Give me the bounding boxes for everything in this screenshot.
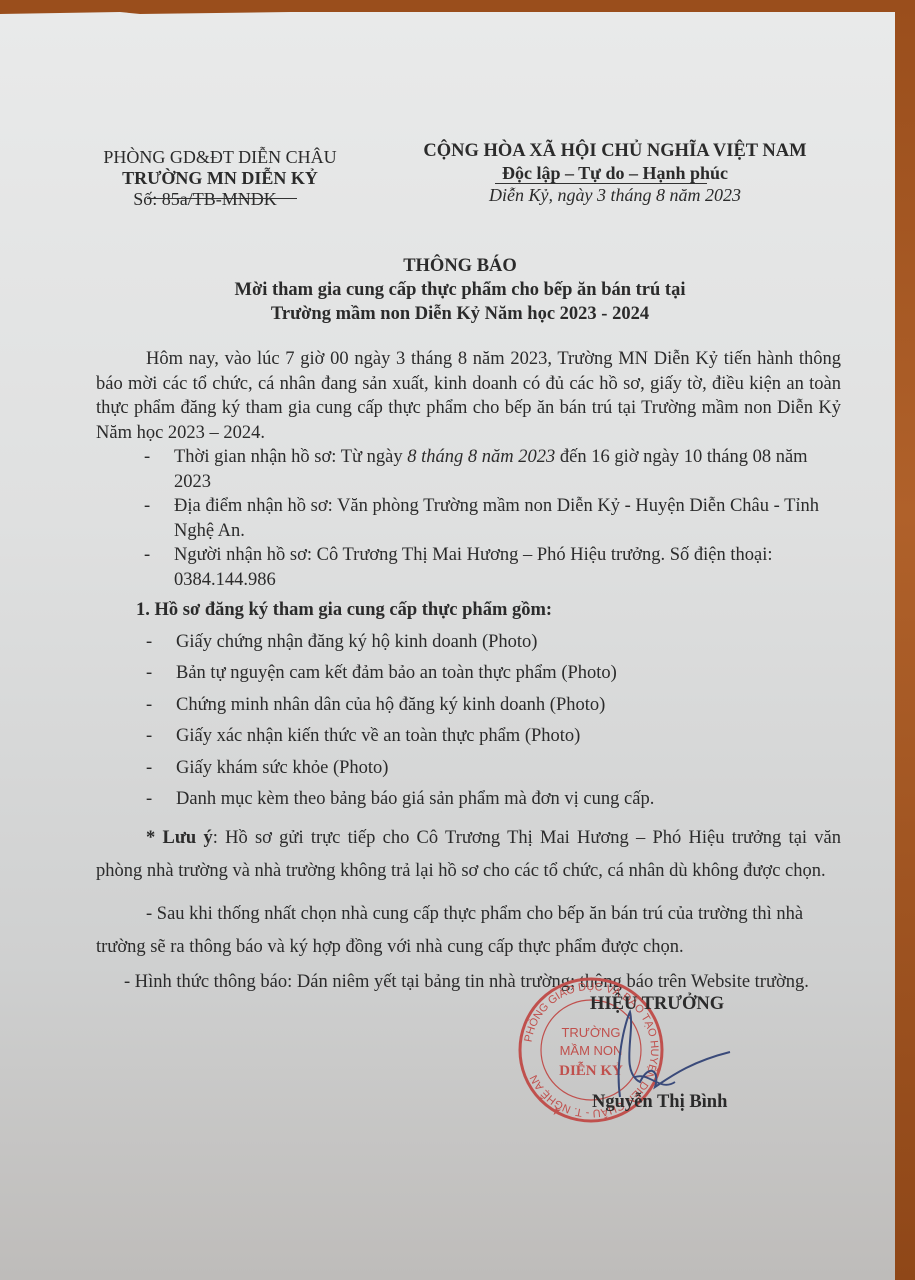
national-motto: Độc lập – Tự do – Hạnh phúc bbox=[395, 162, 835, 184]
motto-underline bbox=[495, 183, 707, 184]
header-left: PHÒNG GD&ĐT DIỄN CHÂU TRƯỜNG MN DIỄN KỶ … bbox=[85, 147, 355, 210]
list-item: -Danh mục kèm theo bảng báo giá sản phẩm… bbox=[96, 784, 841, 816]
school-name: TRƯỜNG MN DIỄN KỶ bbox=[85, 168, 355, 189]
title-line-2: Trường mầm non Diễn Kỷ Năm học 2023 - 20… bbox=[150, 302, 770, 326]
detail-receive-location: - Địa điểm nhận hồ sơ: Văn phòng Trường … bbox=[96, 494, 841, 543]
list-item: -Bản tự nguyện cam kết đảm bảo an toàn t… bbox=[96, 658, 841, 690]
detail-receive-time: - Thời gian nhận hồ sơ: Từ ngày 8 tháng … bbox=[96, 445, 841, 494]
list-item: -Giấy chứng nhận đăng ký hộ kinh doanh (… bbox=[96, 627, 841, 659]
note-label: * Lưu ý bbox=[146, 828, 213, 848]
document-page: PHÒNG GD&ĐT DIỄN CHÂU TRƯỜNG MN DIỄN KỶ … bbox=[0, 12, 895, 1280]
announcement-form-paragraph: - Hình thức thông báo: Dán niêm yết tại … bbox=[96, 964, 841, 1000]
dash-bullet: - bbox=[144, 543, 150, 568]
list-item: -Giấy khám sức khỏe (Photo) bbox=[96, 753, 841, 785]
country-name: CỘNG HÒA XÃ HỘI CHỦ NGHĨA VIỆT NAM bbox=[395, 140, 835, 162]
title-heading: THÔNG BÁO bbox=[150, 254, 770, 278]
header-left-underline bbox=[147, 198, 297, 199]
title-line-1: Mời tham gia cung cấp thực phẩm cho bếp … bbox=[150, 278, 770, 302]
detail-receiver: - Người nhận hồ sơ: Cô Trương Thị Mai Hư… bbox=[96, 543, 841, 592]
department-name: PHÒNG GD&ĐT DIỄN CHÂU bbox=[85, 147, 355, 168]
signature-title: HIỆU TRƯỞNG bbox=[590, 994, 724, 1015]
place-date: Diễn Kỷ, ngày 3 tháng 8 năm 2023 bbox=[395, 184, 835, 206]
list-item: -Chứng minh nhân dân của hộ đăng ký kinh… bbox=[96, 690, 841, 722]
signer-name: Nguyễn Thị Bình bbox=[592, 1092, 727, 1113]
dash-bullet: - bbox=[144, 494, 150, 519]
intro-paragraph: Hôm nay, vào lúc 7 giờ 00 ngày 3 tháng 8… bbox=[96, 347, 841, 445]
note-paragraph: * Lưu ý: Hồ sơ gửi trực tiếp cho Cô Trươ… bbox=[96, 822, 841, 888]
header-right: CỘNG HÒA XÃ HỘI CHỦ NGHĨA VIỆT NAM Độc l… bbox=[395, 140, 835, 206]
svg-text:★: ★ bbox=[551, 1104, 562, 1118]
document-number: Số: 85a/TB-MNDK bbox=[55, 189, 355, 210]
after-selection-paragraph: - Sau khi thống nhất chọn nhà cung cấp t… bbox=[96, 898, 841, 964]
list-item: -Giấy xác nhận kiến thức về an toàn thực… bbox=[96, 721, 841, 753]
dash-bullet: - bbox=[144, 445, 150, 470]
document-title: THÔNG BÁO Mời tham gia cung cấp thực phẩ… bbox=[150, 254, 770, 326]
section-1-heading: 1. Hồ sơ đăng ký tham gia cung cấp thực … bbox=[96, 598, 841, 623]
document-body: Hôm nay, vào lúc 7 giờ 00 ngày 3 tháng 8… bbox=[96, 347, 841, 1000]
